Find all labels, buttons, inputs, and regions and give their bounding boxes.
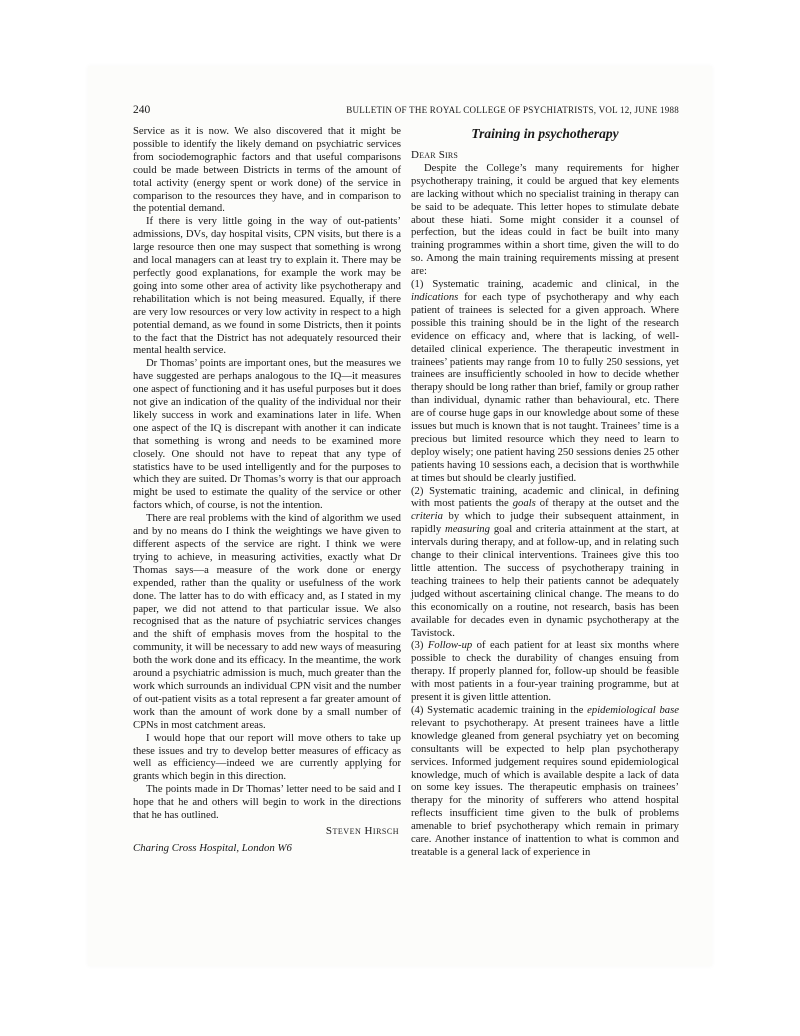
paragraph: The points made in Dr Thomas’ letter nee… <box>133 784 401 823</box>
salutation: Dear Sirs <box>411 149 679 162</box>
letter-title: Training in psychotherapy <box>411 126 679 141</box>
paragraph: Service as it is now. We also discovered… <box>133 126 401 216</box>
left-column: Service as it is now. We also discovered… <box>133 126 401 860</box>
right-letter-paragraphs: Despite the College’s many requirements … <box>411 163 679 860</box>
left-letter-paragraphs: Service as it is now. We also discovered… <box>133 126 401 823</box>
paragraph: (2) Systematic training, academic and cl… <box>411 486 679 641</box>
two-column-body: Service as it is now. We also discovered… <box>133 126 679 860</box>
paragraph: (1) Systematic training, academic and cl… <box>411 279 679 486</box>
paragraph: (3) Follow-up of each patient for at lea… <box>411 640 679 705</box>
page-header: 240 BULLETIN OF THE ROYAL COLLEGE OF PSY… <box>133 104 679 116</box>
paragraph: Dr Thomas’ points are important ones, bu… <box>133 358 401 513</box>
page-number: 240 <box>133 104 150 116</box>
signature: Steven Hirsch <box>133 825 401 838</box>
paragraph: Despite the College’s many requirements … <box>411 163 679 279</box>
journal-title: BULLETIN OF THE ROYAL COLLEGE OF PSYCHIA… <box>346 105 679 115</box>
affiliation: Charing Cross Hospital, London W6 <box>133 842 401 855</box>
paragraph: There are real problems with the kind of… <box>133 513 401 732</box>
paragraph: I would hope that our report will move o… <box>133 733 401 785</box>
journal-page: 240 BULLETIN OF THE ROYAL COLLEGE OF PSY… <box>88 66 712 966</box>
right-column: Training in psychotherapy Dear Sirs Desp… <box>411 126 679 860</box>
paragraph: (4) Systematic academic training in the … <box>411 705 679 860</box>
page-content: 240 BULLETIN OF THE ROYAL COLLEGE OF PSY… <box>133 104 679 860</box>
paragraph: If there is very little going in the way… <box>133 216 401 358</box>
